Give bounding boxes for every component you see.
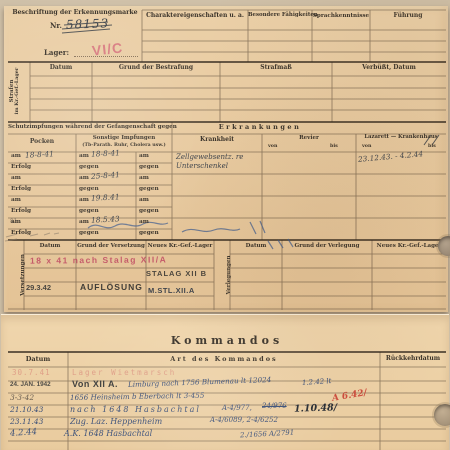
blue-ink-reference-struck: 24/976 [262, 403, 287, 411]
kommando-row-art-handwritten: nach 1648 Hasbachtal [70, 406, 201, 415]
impf-cell-label: am [79, 175, 89, 181]
strafen-side-label: Strafen im Kr.-Gef.-Lager [9, 60, 29, 122]
lazarett-von-label: von [362, 144, 371, 149]
verlegungen-side-label: Verlegungen [216, 240, 228, 310]
versetzungen-side-label: Versetzungen [10, 240, 22, 310]
impf-cell-label: gegen [79, 186, 99, 192]
impf-cell-label: gegen [139, 208, 159, 214]
impf-cell-label: am [11, 175, 21, 181]
blue-ink-reference: A-4/6089, 2-4/6252 [210, 417, 278, 425]
pow-record-scan: Beschriftung der Erkennungsmarke Nr. 581… [0, 0, 450, 450]
kommandos-datum-header: Datum [8, 356, 68, 363]
prisoner-number-handwritten: 58153 [66, 17, 110, 32]
strafmass-header: Strafmaß [220, 65, 332, 72]
impf-cell-label: Erfolg [11, 164, 31, 170]
impf-cell-label: gegen [139, 164, 159, 170]
impf-cell-label: am [79, 197, 89, 203]
kommando-row-date-faded: 30.7.41 [12, 369, 51, 377]
kommando-row-date: 21.10.43 [10, 406, 43, 414]
impf-cell-label: am [11, 219, 21, 225]
vic-red-stamp: VI/C [91, 40, 124, 59]
kommandos-title: Kommandos [77, 335, 377, 347]
impf-cell-label: gegen [139, 186, 159, 192]
revier-header: Revier [262, 135, 356, 141]
kommando-row-art-handwritten: A.K. 1648 Hasbachtal [64, 430, 152, 439]
versetz-neues-lager-header: Neues Kr.-Gef.-Lager [146, 243, 214, 249]
kommando-row-art-faded: Lager Wietmarsch [72, 369, 176, 377]
krankheit-entry-line1: Zellgewebsentz. re [176, 154, 243, 162]
versetz-datum-header: Datum [24, 243, 76, 249]
impf-cell-label: Erfolg [11, 230, 31, 236]
charakter-column-header: Charaktereigenschaften u. a. [142, 13, 248, 20]
aufloesung-stamp: AUFLÖSUNG [80, 283, 143, 292]
impf-cell-label: am [11, 197, 21, 203]
impf-cell-label: gegen [79, 230, 99, 236]
sonstige-impfungen-header: Sonstige Impfungen [76, 135, 172, 141]
verleg-datum-header: Datum [230, 243, 282, 249]
impf-handwritten-date: 18.5.43 [91, 215, 120, 225]
kommando-row-date: 4.2.44 [10, 428, 38, 439]
strafen-side-label-line2: im Kr.-Gef.-Lager [15, 60, 20, 122]
strafen-datum-header: Datum [30, 65, 92, 72]
kommando-row-date: 3-3-42 [10, 394, 34, 402]
impf-cell-label: gegen [79, 208, 99, 214]
red-transfer-stamp: 18 x 41 nach Stalag XII/A [30, 255, 167, 266]
impf-cell-label: am [139, 175, 149, 181]
sprachkenntnisse-column-header: Sprachkenntnisse [312, 13, 370, 19]
lazarett-bis-label: bis [428, 144, 436, 149]
krankheit-entry-line2: Unterschenkel [176, 163, 228, 171]
impf-cell-label: am [139, 153, 149, 159]
impf-cell-label: am [139, 197, 149, 203]
impf-cell-label: am [11, 153, 21, 159]
versetz-grund-header: Grund der Versetzung [76, 243, 146, 249]
impf-cell-label: Erfolg [11, 208, 31, 214]
impf-cell-label: am [139, 219, 149, 225]
pocken-header: Pocken [8, 139, 76, 146]
verbuesst-header: Verbüßt, Datum [332, 65, 446, 72]
kommando-row-art-handwritten: Zug. Laz. Heppenheim [70, 418, 162, 427]
erkrankungen-title: Erkrankungen [185, 124, 335, 131]
blue-ink-reference: A-4/977, [222, 405, 252, 413]
revier-bis-label: bis [330, 144, 338, 149]
versetz-row-date-stamp: 29.3.42 [26, 284, 51, 292]
impf-handwritten-date: 18-8-41 [91, 149, 120, 159]
impf-handwritten-date: 19.8.41 [91, 193, 120, 203]
impf-cell-label: gegen [139, 230, 159, 236]
revier-von-label: von [268, 144, 277, 149]
punch-hole-lower [434, 404, 450, 426]
sonstige-impfungen-subheader: (Tb-Parath. Ruhr, Cholera usw.) [76, 143, 172, 148]
mstl-xiia-stamp: M.STL.XII.A [148, 287, 195, 295]
nr-label: Nr. [50, 22, 62, 30]
impf-cell-label: am [79, 153, 89, 159]
impfungen-title: Schutzimpfungen während der Gefangenscha… [8, 124, 172, 130]
kommando-row-date-stamp: 24. JAN. 1942 [10, 382, 51, 389]
bold-ink-date: 1.10.48/ [294, 403, 337, 415]
lazarett-header: Lazarett — Krankenhaus [356, 135, 446, 141]
kommando-row-date: 23.11.43 [10, 418, 43, 426]
verleg-grund-header: Grund der Verlegung [282, 243, 372, 249]
von-xiia-stamp: Von XII A. [72, 380, 118, 390]
kommandos-art-header: Art des Kommandos [68, 356, 380, 363]
impf-cell-label: am [79, 219, 89, 225]
stalag-xiib-stamp: STALAG XII B [146, 270, 207, 278]
impf-handwritten-date: 18-8-41 [25, 150, 54, 160]
impf-cell-label: gegen [79, 164, 99, 170]
fuehrung-column-header: Führung [370, 13, 446, 20]
verleg-neues-lager-header: Neues Kr.-Gef.-Lager [372, 243, 446, 249]
krankheit-header: Krankheit [172, 137, 262, 144]
strafen-grund-header: Grund der Bestrafung [92, 65, 220, 72]
faehigkeiten-column-header: Besondere Fähigkeiten [248, 13, 312, 19]
erkennungsmarke-title: Beschriftung der Erkennungsmarke [8, 10, 142, 17]
lager-label: Lager: [44, 49, 69, 57]
verlegungen-side-label-text: Verlegungen [226, 256, 232, 295]
kommandos-rueckkehr-header: Rückkehrdatum [380, 356, 446, 363]
impf-cell-label: Erfolg [11, 186, 31, 192]
